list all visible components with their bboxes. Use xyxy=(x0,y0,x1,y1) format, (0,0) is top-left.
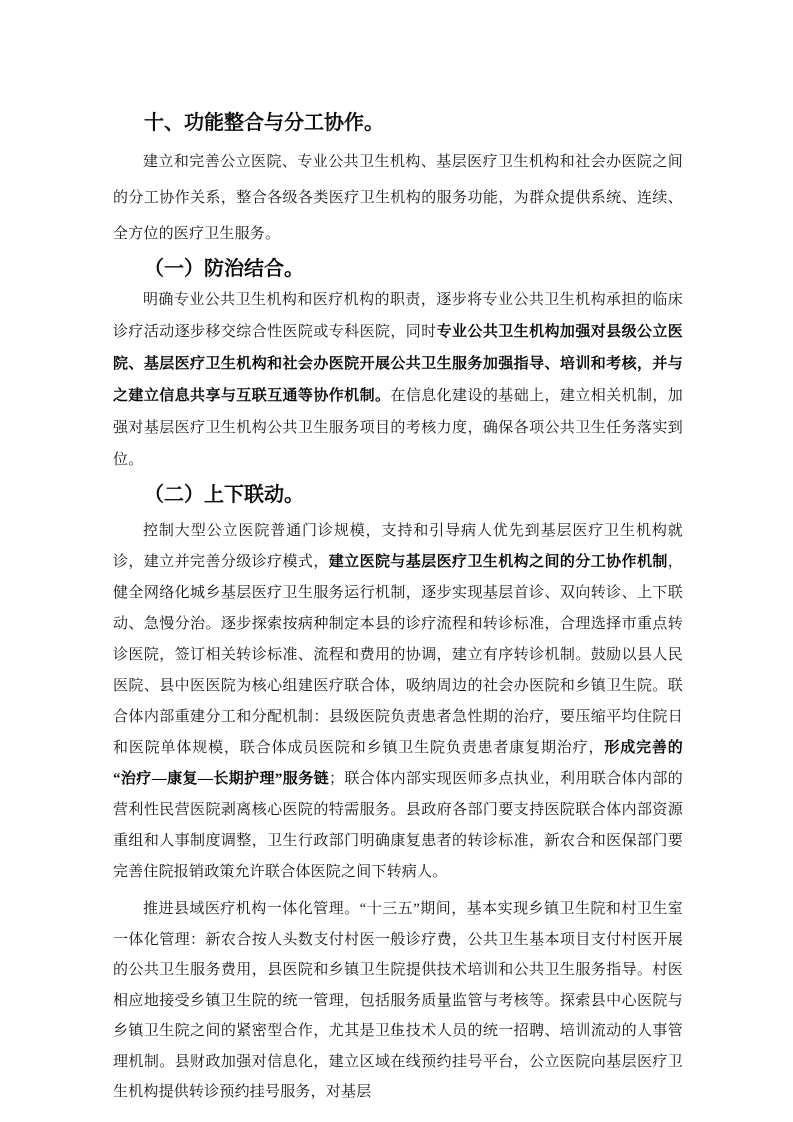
subsection-2-heading: （二）上下联动。 xyxy=(113,480,683,510)
subsection-1-paragraph: 明确专业公共卫生机构和医疗机构的职责，逐步将专业公共卫生机构承担的临床诊疗活动逐… xyxy=(113,284,683,476)
document-page: 十、功能整合与分工协作。 建立和完善公立医院、专业公共卫生机构、基层医疗卫生机构… xyxy=(0,0,793,1122)
text-run: ；联合体内部实现医师多点执业，利用联合体内部的营利性民营医院剥离核心医院的特需服… xyxy=(113,771,683,880)
intro-paragraph: 建立和完善公立医院、专业公共卫生机构、基层医疗卫生机构和社会办医院之间的分工协作… xyxy=(113,144,683,252)
subsection-2-paragraph-2: 推进县域医疗机构一体化管理。“十三五”期间，基本实现乡镇卫生院和村卫生室一体化管… xyxy=(113,894,683,1108)
text-run: 建立和完善公立医院、专业公共卫生机构、基层医疗卫生机构和社会办医院之间的分工协作… xyxy=(113,154,683,242)
text-run: 推进县域医疗机构一体化管理。“十三五”期间，基本实现乡镇卫生院和村卫生室一体化管… xyxy=(113,901,683,1100)
text-run: ，健全网络化城乡基层医疗卫生服务运行机制，逐步实现基层首诊、双向转诊、上下联动、… xyxy=(113,554,683,756)
page-number: 15 xyxy=(0,1022,793,1038)
subsection-2-paragraph-1: 控制大型公立医院普通门诊规模，支持和引导病人优先到基层医疗卫生机构就诊，建立并完… xyxy=(113,516,683,888)
section-heading: 十、功能整合与分工协作。 xyxy=(113,108,683,138)
bold-text-run: 建立医院与基层医疗卫生机构之间的分工协作机制 xyxy=(329,554,668,570)
subsection-1-heading: （一）防治结合。 xyxy=(113,254,683,284)
